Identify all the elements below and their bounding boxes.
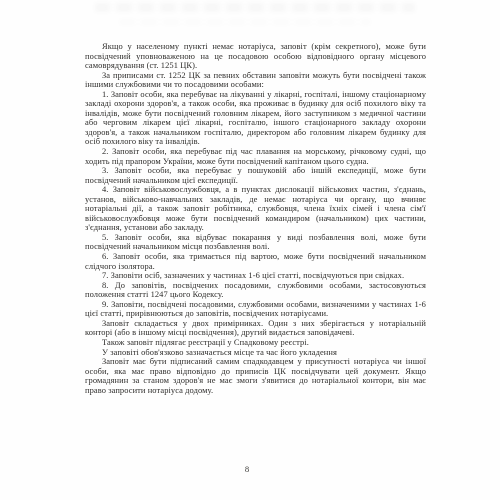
document-page: Якщо у населеному пункті немає нотаріуса… — [0, 0, 500, 500]
paragraph: Заповіт складається у двох примірниках. … — [85, 319, 426, 338]
paragraph: 5. Заповіт особи, яка відбуває покарання… — [85, 233, 426, 252]
paragraph: 2. Заповіт особи, яка перебуває під час … — [85, 147, 426, 166]
paragraph: 4. Заповіт військовослужбовця, а в пункт… — [85, 185, 426, 233]
paragraph: 3. Заповіт особи, яка перебуває у пошуко… — [85, 166, 426, 185]
paragraph: 6. Заповіт особи, яка тримається під вар… — [85, 252, 426, 271]
scan-artifact — [95, 3, 415, 12]
paragraph: Якщо у населеному пункті немає нотаріуса… — [85, 42, 426, 71]
paragraph: За приписами ст. 1252 ЦК за певних обста… — [85, 71, 426, 90]
paragraph: 1. Заповіт особи, яка перебуває на лікув… — [85, 90, 426, 147]
paragraph: 8. До заповітів, посвідчених посадовими,… — [85, 281, 426, 300]
body-text: Якщо у населеному пункті немає нотаріуса… — [85, 42, 426, 395]
paragraph: 9. Заповіти, посвідчені посадовими, служ… — [85, 300, 426, 319]
scan-artifact — [120, 19, 370, 25]
paragraph: Заповіт має бути підписаний самим спадко… — [85, 357, 426, 395]
page-number: 8 — [0, 464, 494, 474]
